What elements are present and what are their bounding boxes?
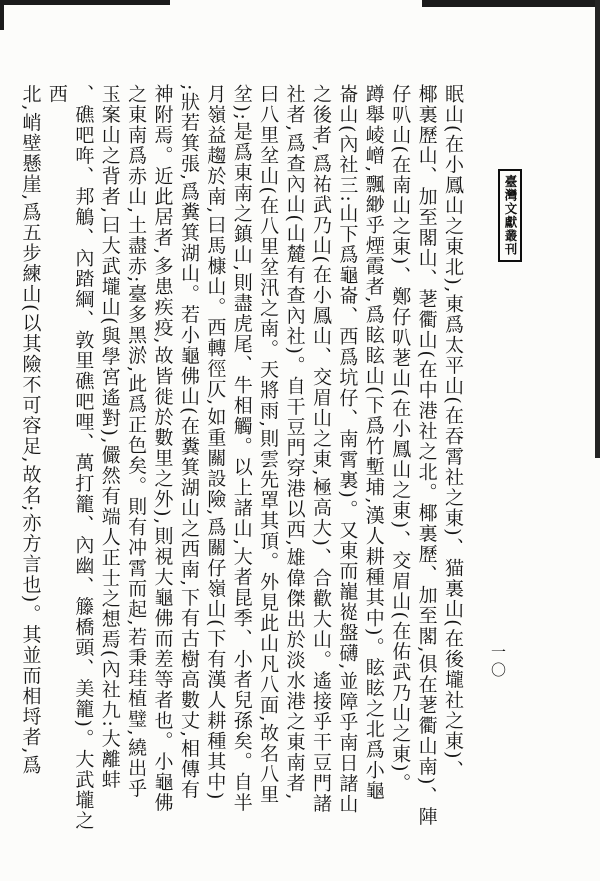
- text-column-3: 仔叭山(在南山之東)、鄭仔叭荖山(在小鳳山之東)、交眉山(在佑武乃山之東)。: [387, 84, 413, 846]
- text-column-2: 椰裏歷山、加至閣山、荖衢山(在中港社之北。椰裏歷、加至閣,俱在荖衢山南)、陣: [413, 84, 439, 846]
- text-column-9: 坌);是爲東南之鎮山,則盡虎尾、牛相觸。以上諸山,大者昆季、小者兒孫矣。自半: [228, 84, 254, 846]
- scanned-page: 臺灣文獻叢刊 一〇 眠山(在小鳳山之東北),東爲太平山(在吞霄社之東)、猫裏山(…: [0, 0, 600, 881]
- scan-artifact-top-right: [422, 0, 600, 7]
- page-number: 一〇: [488, 644, 509, 680]
- text-column-5: 崙山(內社三:山下爲龜崙、西爲坑仔、南霄裏)。又東而巃嵸盤礴,並障乎南日諸山: [334, 84, 360, 846]
- series-title-box: 臺灣文獻叢刊: [498, 169, 522, 262]
- text-column-4: 蹲舉崚嶒,飄緲乎煙霞者,爲眩眩山(下爲竹塹埔,漢人耕種其中)。眩眩之北爲小龜: [360, 84, 386, 846]
- text-block: 眠山(在小鳳山之東北),東爲太平山(在吞霄社之東)、猫裏山(在後壠社之東)、 椰…: [17, 84, 466, 846]
- text-column-14: 玉案山之背者,曰大武壠山(與學宮遙對),儼然有端人正士之想焉(內社九:大離蚌: [96, 84, 122, 846]
- text-column-15: 、礁吧哖、邦鵤、內踏綱、敦里礁吧哩、萬打籠、內幽、籐橋頭、美籠)。大武壠之西: [44, 84, 97, 846]
- text-column-7: 社者,爲查內山(山麓有查內社)。自干豆門穿港以西,雄偉傑出於淡水港之東南者,: [281, 84, 307, 846]
- text-column-10: 月嶺益趨於南,曰馬槺山。西轉徑仄,如重關設險,爲關仔嶺山(下有漢人耕種其中): [202, 84, 228, 846]
- text-column-8: 曰八里坌山(在八里坌汛之南。天將雨,則雲先罩其頂。外見此山凡八面,故名八里: [255, 84, 281, 846]
- text-column-16: 北,峭壁懸崖,爲五步練山(以其險不可容足,故名;亦方言也)。其並而相埒者,爲: [17, 84, 43, 846]
- text-column-13: 之東南爲赤山,土盡赤;臺多黑淤,此爲正色矣。則有冲霄而起,若秉珪植璧,繞出乎: [123, 84, 149, 846]
- scan-artifact-right-edge: [595, 0, 600, 458]
- text-column-1: 眠山(在小鳳山之東北),東爲太平山(在吞霄社之東)、猫裏山(在後壠社之東)、: [440, 84, 466, 846]
- scan-artifact-left-edge: [0, 0, 4, 30]
- text-column-11: ;狀若箕張,爲糞箕湖山。若小龜佛山(在糞箕湖山之西南,下有古樹高數丈,相傳有: [176, 84, 202, 846]
- series-title-label: 臺灣文獻叢刊: [503, 175, 518, 256]
- text-column-6: 之後者,爲祐武乃山(在小鳳山、交眉山之東,極高大)、合歡大山。遙接乎干豆門諸: [308, 84, 334, 846]
- scan-artifact-top-left: [0, 0, 170, 5]
- text-column-12: 神附焉。近此居者,多患疾疫,故皆徙於數里之外),則視大龜佛而差等者也。小龜佛: [149, 84, 175, 846]
